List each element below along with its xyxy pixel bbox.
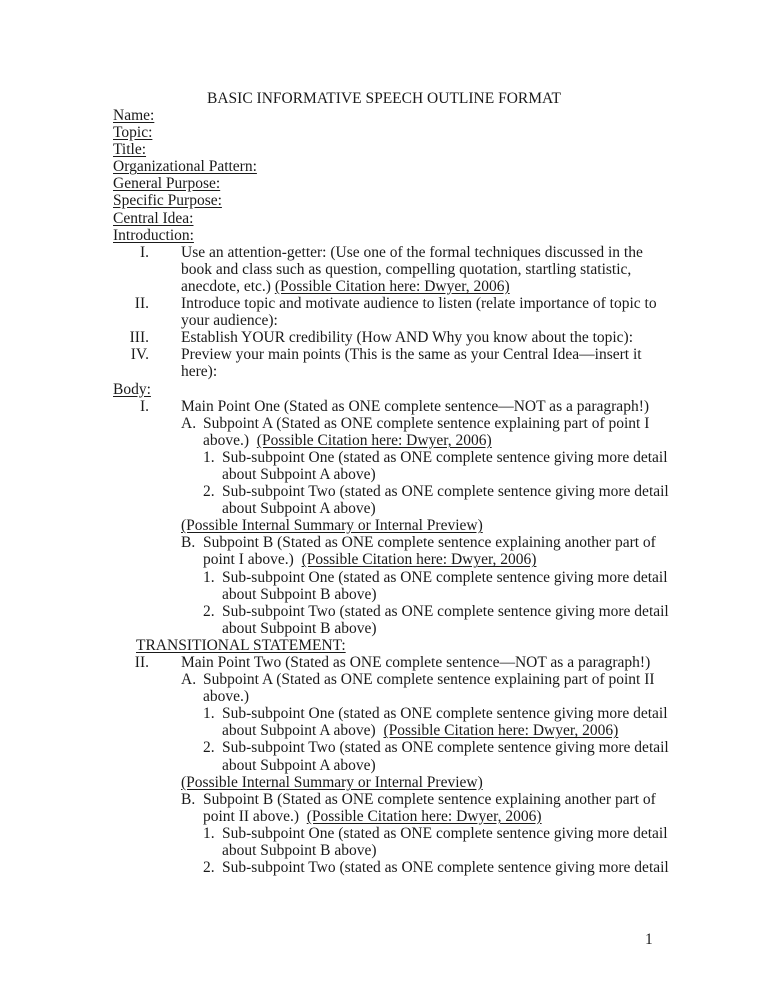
intro-item: I. Use an attention-getter: (Use one of … [113,244,673,295]
sub-subpoint-text: Sub-subpoint Two (stated as ONE complete… [113,739,673,773]
field-name: Name: [113,107,673,124]
field-title: Title: [113,141,673,158]
field-specific-purpose: Specific Purpose: [113,192,673,209]
subpoint: B. Subpoint B (Stated as ONE complete se… [113,534,673,568]
subpoint-text: Subpoint A (Stated as ONE complete sente… [181,671,673,705]
item-text: Establish YOUR credibility (How AND Why … [181,329,633,346]
sub-subpoint-label: 1. [203,449,215,466]
sub-subpoint-label: 1. [203,705,215,722]
sub-subpoint-text: Sub-subpoint Two (stated as ONE complete… [113,859,673,876]
sub-subpoint-label: 2. [203,603,215,620]
subpoint-label: A. [181,415,196,432]
internal-summary-text: (Possible Internal Summary or Internal P… [181,517,483,534]
transitional-statement: TRANSITIONAL STATEMENT: [113,637,673,654]
field-general-purpose: General Purpose: [113,175,673,192]
sub-subpoint: 2. Sub-subpoint Two (stated as ONE compl… [113,603,673,637]
citation: (Possible Citation here: Dwyer, 2006) [307,808,542,825]
sub-subpoint: 2. Sub-subpoint Two (stated as ONE compl… [113,483,673,517]
document-title: BASIC INFORMATIVE SPEECH OUTLINE FORMAT [0,90,768,107]
sub-subpoint-label: 1. [203,825,215,842]
item-text: Introduce topic and motivate audience to… [181,295,657,329]
subpoint: A. Subpoint A (Stated as ONE complete se… [113,671,673,705]
item-number: IV. [113,346,149,363]
subpoint: B. Subpoint B (Stated as ONE complete se… [113,791,673,825]
field-topic: Topic: [113,124,673,141]
item-number: I. [113,398,149,415]
item-number: III. [113,329,149,346]
sub-subpoint: 1. Sub-subpoint One (stated as ONE compl… [113,825,673,859]
item-number: I. [113,244,149,261]
sub-subpoint-text: Sub-subpoint One (stated as ONE complete… [113,449,673,483]
main-point: I. Main Point One (Stated as ONE complet… [113,398,673,415]
sub-subpoint: 1. Sub-subpoint One (stated as ONE compl… [113,705,673,739]
document-page: BASIC INFORMATIVE SPEECH OUTLINE FORMAT … [0,0,768,994]
transitional-statement-text: TRANSITIONAL STATEMENT: [136,637,346,654]
sub-subpoint: 2. Sub-subpoint Two (stated as ONE compl… [113,859,673,876]
internal-summary-text: (Possible Internal Summary or Internal P… [181,774,483,791]
sub-subpoint: 1. Sub-subpoint One (stated as ONE compl… [113,449,673,483]
subpoint: A. Subpoint A (Stated as ONE complete se… [113,415,673,449]
sub-subpoint-text: Sub-subpoint One (stated as ONE complete… [113,569,673,603]
main-point: II. Main Point Two (Stated as ONE comple… [113,654,673,671]
sub-subpoint-label: 2. [203,739,215,756]
item-text: Main Point One (Stated as ONE complete s… [181,398,649,415]
field-organizational-pattern: Organizational Pattern: [113,158,673,175]
item-text: Main Point Two (Stated as ONE complete s… [181,654,650,671]
sub-subpoint-text: Sub-subpoint Two (stated as ONE complete… [113,603,673,637]
internal-summary: (Possible Internal Summary or Internal P… [113,517,673,534]
citation: (Possible Citation here: Dwyer, 2006) [275,278,510,295]
subpoint-label: B. [181,791,195,808]
item-number: II. [113,295,149,312]
page-number: 1 [645,931,653,949]
item-number: II. [113,654,149,671]
citation: (Possible Citation here: Dwyer, 2006) [257,432,492,449]
sub-subpoint: 2. Sub-subpoint Two (stated as ONE compl… [113,739,673,773]
citation: (Possible Citation here: Dwyer, 2006) [383,722,618,739]
field-central-idea: Central Idea: [113,210,673,227]
internal-summary: (Possible Internal Summary or Internal P… [113,774,673,791]
sub-subpoint-label: 1. [203,569,215,586]
intro-item: IV. Preview your main points (This is th… [113,346,673,380]
intro-item: II. Introduce topic and motivate audienc… [113,295,673,329]
body-heading: Body: [113,381,673,398]
sub-subpoint: 1. Sub-subpoint One (stated as ONE compl… [113,569,673,603]
citation: (Possible Citation here: Dwyer, 2006) [302,551,537,568]
introduction-heading: Introduction: [113,227,673,244]
outline-content: Name: Topic: Title: Organizational Patte… [113,107,673,876]
intro-item: III. Establish YOUR credibility (How AND… [113,329,673,346]
item-text: Preview your main points (This is the sa… [181,346,642,380]
sub-subpoint-text: Sub-subpoint Two (stated as ONE complete… [113,483,673,517]
sub-subpoint-text: Sub-subpoint One (stated as ONE complete… [113,825,673,859]
subpoint-label: B. [181,534,195,551]
subpoint-label: A. [181,671,196,688]
sub-subpoint-label: 2. [203,483,215,500]
sub-subpoint-label: 2. [203,859,215,876]
